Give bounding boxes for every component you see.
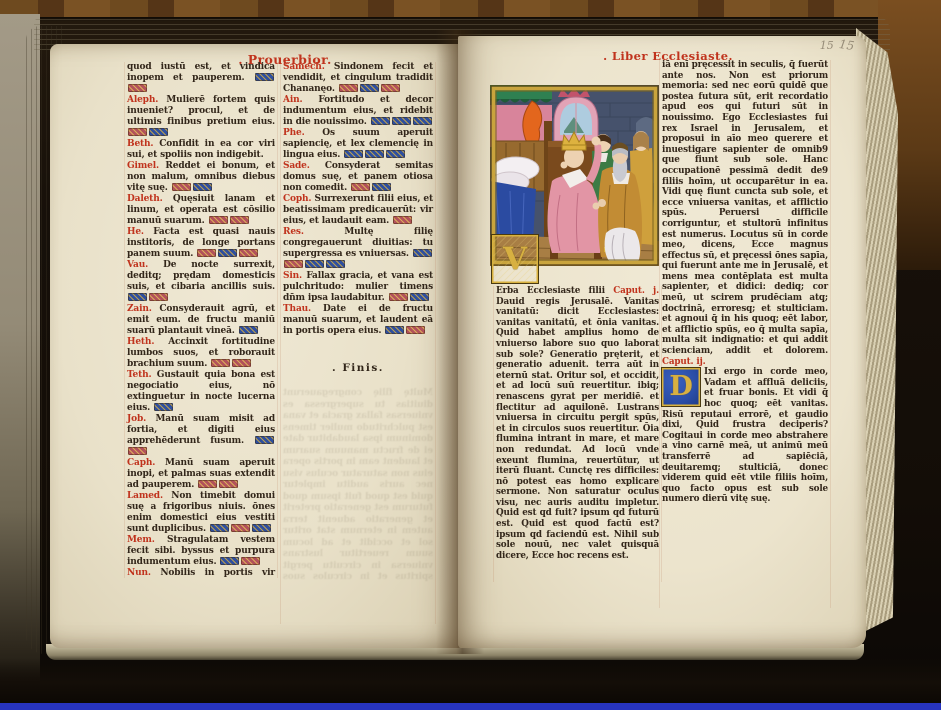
line-filler-blue bbox=[210, 524, 229, 532]
verse: Beth. Confidit in ea cor viri sui, et sp… bbox=[127, 139, 275, 161]
folio-mark: 15 bbox=[820, 39, 834, 52]
line-filler-blue bbox=[218, 249, 237, 257]
line-filler-blue bbox=[413, 249, 432, 257]
verse: Coph. Surrexerunt filii eius, et beatiss… bbox=[283, 194, 433, 227]
verse-initial: Heth. bbox=[127, 337, 168, 347]
verse: Caph. Manū suam aperuit inopi, et palmas… bbox=[127, 458, 275, 491]
line-filler-blue bbox=[365, 150, 384, 158]
line-filler-blue bbox=[154, 403, 173, 411]
verse-initial: Coph. bbox=[283, 194, 315, 204]
line-filler-blue bbox=[252, 524, 271, 532]
verse: Sin. Fallax gracia, et vana est pulchrit… bbox=[283, 271, 433, 304]
verse-initial: Lamed. bbox=[127, 491, 171, 501]
chapter-rubric: Caput. ij. bbox=[662, 357, 706, 367]
line-filler-red bbox=[197, 249, 216, 257]
line-filler-red bbox=[128, 447, 147, 455]
body-text: Erba Ecclesiaste filii bbox=[496, 286, 613, 296]
line-filler-red bbox=[406, 326, 425, 334]
right-page: . Liber Ecclesiaste. 1515 bbox=[458, 36, 866, 648]
body-text: quod iustū est, et vindica inopem et pau… bbox=[127, 62, 275, 83]
line-filler-blue bbox=[385, 326, 404, 334]
verse-initial: Phe. bbox=[283, 128, 322, 138]
verse-initial: Caph. bbox=[127, 458, 165, 468]
line-filler-blue bbox=[371, 117, 390, 125]
line-filler-red bbox=[393, 216, 412, 224]
line-filler-red bbox=[128, 128, 147, 136]
verse: Lamed. Non timebit domui suę a frigoribu… bbox=[127, 491, 275, 535]
verse-initial: Vau. bbox=[127, 260, 163, 270]
illuminated-initial-D: D bbox=[662, 368, 700, 406]
verse: Gimel. Reddet ei bonum, et non malum, om… bbox=[127, 161, 275, 194]
line-filler-red bbox=[230, 216, 249, 224]
line-filler-red bbox=[211, 359, 230, 367]
verse: Nun. Nobilis in portis vir eius, quando … bbox=[127, 568, 275, 578]
verse-initial: Zain. bbox=[127, 304, 159, 314]
verse: Zain. Consyderauit agrū, et emit eum. de… bbox=[127, 304, 275, 337]
raised-hand bbox=[592, 137, 601, 146]
verse: Teth. Gustauit quia bona est negociatio … bbox=[127, 370, 275, 414]
line-filler-red bbox=[198, 480, 217, 488]
verse-initial: Job. bbox=[127, 414, 156, 424]
verse: Mem. Stragulatam vestem fecit sibi. byss… bbox=[127, 535, 275, 568]
line-filler-blue bbox=[255, 436, 274, 444]
verse: Sade. Consyderat semitas domus suę, et p… bbox=[283, 161, 433, 194]
verse: Thau. Date ei de fructu manuū suarum, et… bbox=[283, 304, 433, 337]
line-filler-red bbox=[284, 260, 303, 268]
verse: He. Facta est quasi nauis institoris, de… bbox=[127, 227, 275, 260]
line-filler-blue bbox=[410, 293, 429, 301]
verse-initial: Res. bbox=[283, 227, 344, 237]
verse-initial: Samech. bbox=[283, 62, 334, 72]
line-filler-blue bbox=[220, 557, 239, 565]
line-filler-red bbox=[389, 293, 408, 301]
line-filler-blue bbox=[360, 84, 379, 92]
line-filler-red bbox=[232, 359, 251, 367]
verse: DIxi ergo in corde meo, Vadam et affluā … bbox=[662, 367, 828, 505]
line-filler-blue bbox=[326, 260, 345, 268]
verse-initial: Beth. bbox=[127, 139, 159, 149]
verse-initial: Teth. bbox=[127, 370, 157, 380]
line-filler-blue bbox=[386, 150, 405, 158]
verse: Ain. Fortitudo et decor indumentum eius,… bbox=[283, 95, 433, 128]
line-filler-blue bbox=[413, 117, 432, 125]
line-filler-red bbox=[241, 557, 260, 565]
line-filler-red bbox=[172, 183, 191, 191]
verse-initial: Sin. bbox=[283, 271, 306, 281]
line-filler-blue bbox=[255, 73, 274, 81]
line-filler-blue bbox=[392, 117, 411, 125]
verse: Daleth. Quęsiuit lanam et linum, et oper… bbox=[127, 194, 275, 227]
show-through-text: Multę filię congregauerunt diuitias tu s… bbox=[283, 388, 433, 584]
chapter-rubric: Caput. j. bbox=[613, 286, 659, 296]
body-text: iā enī pręcessit in seculis, q̄ fuerūt a… bbox=[662, 60, 828, 356]
verse-initial: Thau. bbox=[283, 304, 323, 314]
verse: Heth. Accinxit fortitudine lumbos suos, … bbox=[127, 337, 275, 370]
finis-colophon: . Finis. bbox=[283, 363, 433, 374]
verse: Aleph. Mulierē fortem quis inueniet? pro… bbox=[127, 95, 275, 139]
line-filler-blue bbox=[193, 183, 212, 191]
verse: quod iustū est, et vindica inopem et pau… bbox=[127, 62, 275, 95]
blue-edge-strip bbox=[0, 703, 941, 710]
line-filler-red bbox=[351, 183, 370, 191]
line-filler-blue bbox=[149, 128, 168, 136]
right-page-column-1: Erba Ecclesiaste filii Caput. j. Dauid r… bbox=[493, 286, 662, 582]
verse-initial: Ain. bbox=[283, 95, 318, 105]
line-filler-blue bbox=[239, 326, 258, 334]
right-page-column-2: iā enī pręcessit in seculis, q̄ fuerūt a… bbox=[659, 60, 831, 608]
verse-initial: He. bbox=[127, 227, 153, 237]
line-filler-blue bbox=[305, 260, 324, 268]
kneeling-white-robe bbox=[605, 227, 641, 262]
verse: Res. Multę filię congregauerunt diuitias… bbox=[283, 227, 433, 271]
verse: Erba Ecclesiaste filii Caput. j. Dauid r… bbox=[496, 286, 659, 561]
body-text: Dauid regis Jerusalē. Vanitas vanitatū: … bbox=[496, 297, 659, 561]
verse: iā enī pręcessit in seculis, q̄ fuerūt a… bbox=[662, 60, 828, 367]
line-filler-red bbox=[128, 84, 147, 92]
folio-number: 1515 bbox=[820, 38, 854, 52]
verse-initial: Nun. bbox=[127, 568, 160, 578]
verse-initial: Mem. bbox=[127, 535, 167, 545]
line-filler-blue bbox=[344, 150, 363, 158]
left-page: . Prouerbior. quod iustū est, et vindica… bbox=[50, 44, 460, 648]
verse-initial: Gimel. bbox=[127, 161, 165, 171]
verse-initial: Daleth. bbox=[127, 194, 173, 204]
line-filler-red bbox=[149, 293, 168, 301]
illuminated-initial-V: V bbox=[492, 235, 538, 283]
bottom-shadow bbox=[0, 658, 941, 703]
verse: Samech. Sindonem fecit et vendidit, et c… bbox=[283, 62, 433, 95]
line-filler-red bbox=[231, 524, 250, 532]
manuscript-photograph: . Prouerbior. quod iustū est, et vindica… bbox=[0, 0, 941, 710]
line-filler-blue bbox=[128, 293, 147, 301]
line-filler-red bbox=[339, 84, 358, 92]
left-page-column-2: Samech. Sindonem fecit et vendidit, et c… bbox=[280, 62, 436, 624]
verse: Phe. Os suum aperuit sapiencię, et lex c… bbox=[283, 128, 433, 161]
line-filler-blue bbox=[372, 183, 391, 191]
verse-initial: Sade. bbox=[283, 161, 325, 171]
line-filler-red bbox=[219, 480, 238, 488]
body-text: . Finis. bbox=[332, 362, 384, 374]
verse: Vau. De nocte surrexit, deditq; prędam d… bbox=[127, 260, 275, 304]
verse-initial: Aleph. bbox=[127, 95, 166, 105]
left-page-column-1: quod iustū est, et vindica inopem et pau… bbox=[124, 62, 278, 578]
line-filler-red bbox=[381, 84, 400, 92]
verse: Job. Manū suam misit ad fortia, et digit… bbox=[127, 414, 275, 458]
folio-mark: 15 bbox=[838, 37, 855, 53]
line-filler-red bbox=[239, 249, 258, 257]
line-filler-red bbox=[209, 216, 228, 224]
